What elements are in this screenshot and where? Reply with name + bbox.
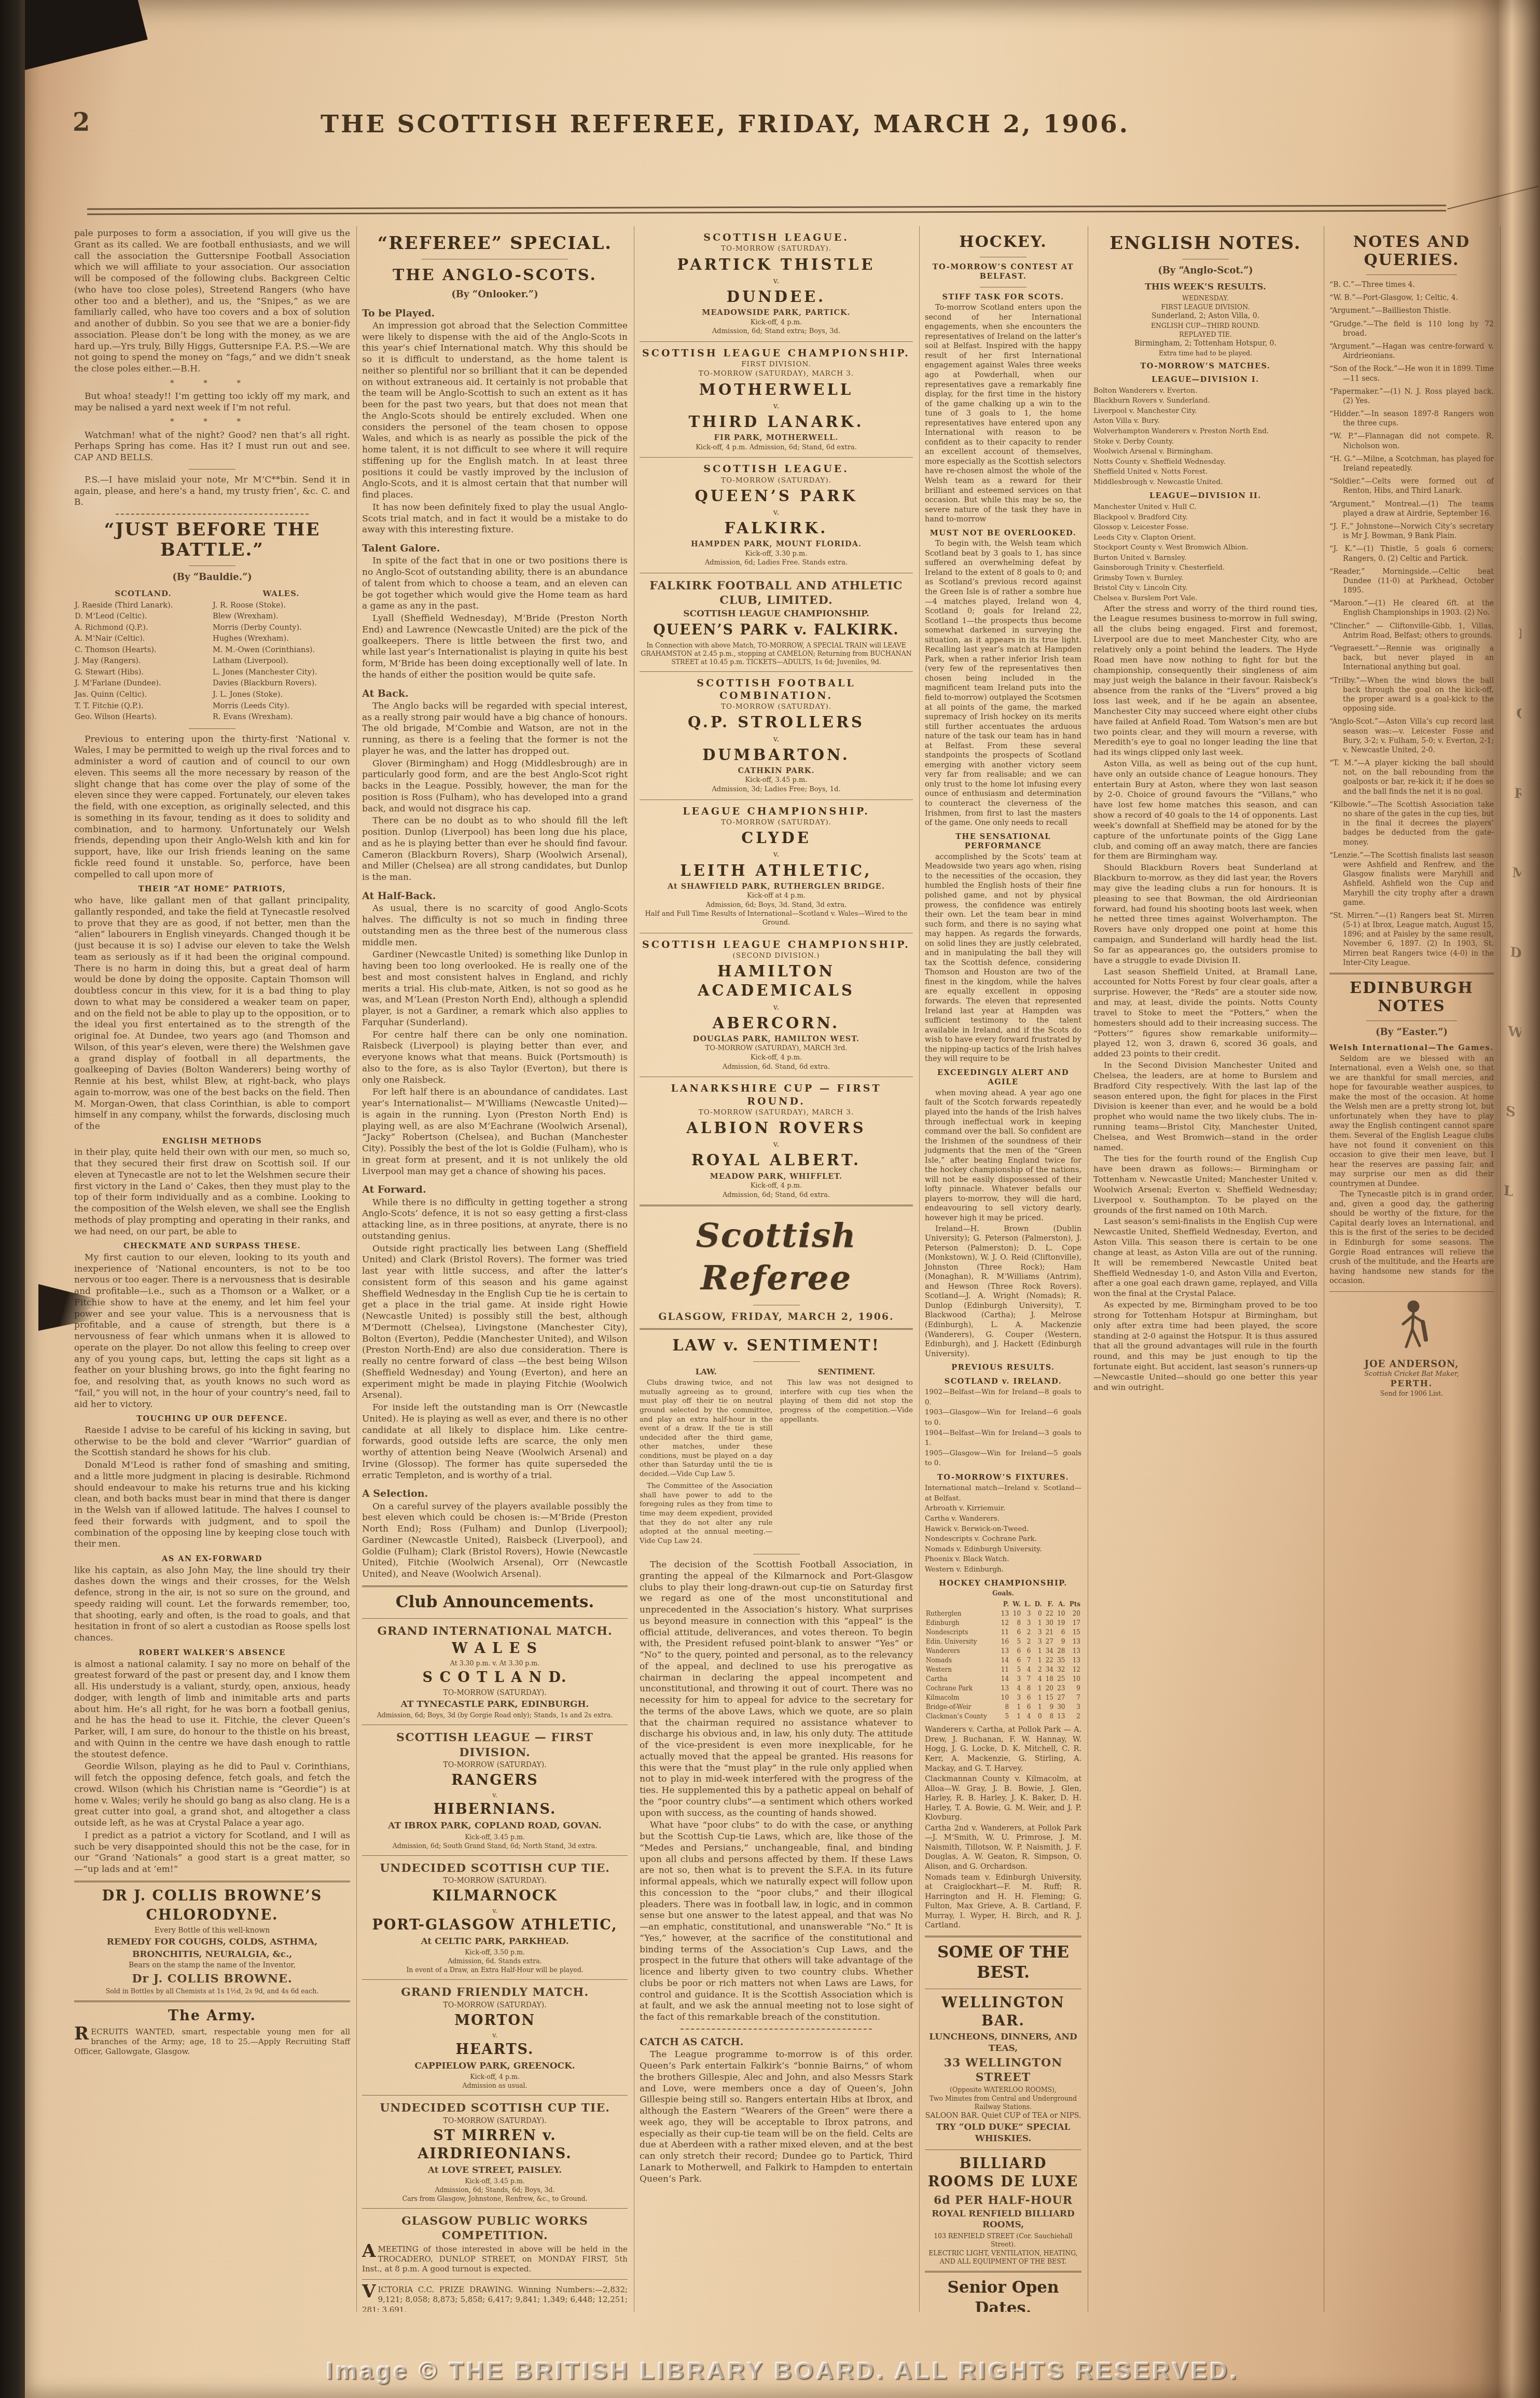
- ad-line: WELLINGTON BAR.: [925, 1994, 1081, 2030]
- fx-league: LEAGUE CHAMPIONSHIP.: [640, 805, 913, 818]
- home-team: HAMILTON ACADEMICALS: [640, 962, 913, 1000]
- venue: At SHAWFIELD PARK, RUTHERGLEN BRIDGE.: [640, 882, 913, 892]
- subhead: At Forward.: [362, 1183, 628, 1196]
- query-answer-item: “Maroon.”—(1) He cleared 6ft. at the Eng…: [1329, 599, 1494, 617]
- ad-line: Every Bottle of this well-known: [74, 1926, 350, 1936]
- list-item: Woolwich Arsenal v. Birmingham.: [1093, 447, 1317, 457]
- ad-line: Cars from Glasgow, Johnstone, Renfrew, &…: [362, 2195, 628, 2203]
- secthead: Senior Open Dates.: [925, 2278, 1081, 2312]
- ad-line: Admission, 6d; Stands, 6d; Boys, 3d.: [362, 2186, 628, 2194]
- h1: “REFEREE” SPECIAL.: [362, 233, 628, 254]
- fx-sub: TO-MORROW (SATURDAY).: [640, 476, 913, 485]
- table-cell: 1: [1032, 1684, 1043, 1693]
- player-name: Morris (Leeds City).: [212, 701, 350, 712]
- text-fragment: E: [1518, 626, 1521, 646]
- table-cell: 15: [1066, 1628, 1081, 1637]
- column-notes-and-queries: NOTES AND QUERIES.“B. C.”—Three times 4.…: [1324, 226, 1501, 2312]
- table-row: Western11542343212: [925, 1665, 1081, 1674]
- rule: [116, 514, 309, 515]
- rule: [640, 341, 913, 342]
- table-cell: 18: [1043, 1674, 1055, 1684]
- table-cell: 3: [1032, 1637, 1043, 1646]
- ad-line: DR J. COLLIS BROWNE’S: [74, 1887, 350, 1906]
- rule: [640, 573, 913, 573]
- ad-line: 33 WELLINGTON STREET: [925, 2056, 1081, 2085]
- rule: [362, 1586, 628, 1587]
- ad-line: ENGLISH CUP—THIRD ROUND.: [1093, 322, 1317, 330]
- table-cell: 4: [1010, 1684, 1022, 1693]
- masthead-rule: [87, 210, 1446, 215]
- ad-line: JOE ANDERSON,: [1329, 1358, 1494, 1370]
- list-item: Grimsby Town v. Burnley.: [1093, 573, 1317, 584]
- byline: (By “Onlooker.”): [362, 288, 628, 300]
- list-item: Chelsea v. Burslem Port Vale.: [1093, 594, 1317, 604]
- list-item: Western v. Edinburgh.: [925, 1565, 1081, 1575]
- dateline: GLASGOW, FRIDAY, MARCH 2, 1906.: [640, 1311, 913, 1323]
- query-answer-item: “Argument,” Montreal.—(1) The teams play…: [1329, 500, 1494, 518]
- text-fragment: M: [1512, 864, 1521, 885]
- ad-line: In Connection with above Match, TO-MORRO…: [640, 641, 913, 666]
- para2: is almost a national calamity. I say no …: [74, 1659, 350, 1761]
- home-team: MOTHERWELL: [640, 380, 913, 399]
- table-cell: 10: [998, 1693, 1010, 1702]
- curl-text-fragments: ATO.SPECRMDWSL: [1501, 226, 1521, 2312]
- crosshead: EXCEEDINGLY ALERT AND AGILE: [925, 1068, 1081, 1087]
- table-cell: 8: [998, 1702, 1010, 1712]
- table-cell: 10: [1055, 1609, 1066, 1618]
- table-cell: 13: [998, 1684, 1010, 1693]
- list-item: 1905—Glasgow—Win for Ireland—5 goals to …: [925, 1449, 1081, 1469]
- ad-line: KILMARNOCK: [362, 1887, 628, 1906]
- list-item: Aston Villa v. Bury.: [1093, 416, 1317, 426]
- ad-line: TO-MORROW (SATURDAY).: [362, 2001, 628, 2010]
- law-v-sentiment: LAW.Clubs drawing twice, and not mutuall…: [640, 1367, 913, 1549]
- rule: [422, 259, 568, 259]
- rule: [362, 2208, 628, 2209]
- para: Previous to entering upon the thirty-fir…: [74, 734, 350, 881]
- rule: [681, 2029, 872, 2030]
- player-name: L. Jones (Manchester City).: [212, 667, 350, 679]
- table-cell: 0: [1032, 1609, 1043, 1618]
- ad-line: TO-MORROW (SATURDAY).: [362, 1761, 628, 1770]
- fx-info: Admission, 6d; Stand extra; Boys, 3d.: [640, 327, 913, 336]
- table-cell: 5: [1010, 1665, 1022, 1674]
- away-team: THIRD LANARK.: [640, 412, 913, 432]
- table-row: Cartha14374182510: [925, 1674, 1081, 1684]
- goalshead: Goals.: [925, 1590, 1081, 1597]
- table-header: A.: [1055, 1600, 1066, 1609]
- table-cell: 7: [1022, 1656, 1032, 1665]
- ad-line: BILLIARD ROOMS DE LUXE: [925, 2155, 1081, 2191]
- ad-line: REPLAYED TIE.: [1093, 330, 1317, 339]
- table-cell: 1: [1032, 1618, 1043, 1628]
- ad-line: PERTH.: [1329, 1379, 1494, 1389]
- table-cell: 13: [1055, 1712, 1066, 1721]
- crosshead: STIFF TASK FOR SCOTS.: [925, 293, 1081, 302]
- para: For inside left the outstanding man is O…: [362, 1402, 628, 1481]
- table-cell: 8: [1010, 1618, 1022, 1628]
- text-fragment: C: [1516, 705, 1521, 726]
- column-referee-special: “REFEREE” SPECIAL.THE ANGLO-SCOTS.(By “O…: [357, 226, 634, 2312]
- table-cell: 27: [1043, 1637, 1055, 1646]
- crosshead: MUST NOT BE OVERLOOKED.: [925, 529, 1081, 539]
- para: On a careful survey of the players avail…: [362, 1501, 628, 1580]
- fx-league: SCOTTISH LEAGUE.: [640, 463, 913, 475]
- list-item: Bolton Wanderers v. Everton.: [1093, 386, 1317, 396]
- table-cell: 2: [1022, 1637, 1032, 1646]
- table-cell: 6: [1010, 1656, 1022, 1665]
- ad-line: At LOVE STREET, PAISLEY.: [362, 2165, 628, 2176]
- league-table: Goals.P.W.L.D.F.A.PtsRutherglen131030221…: [925, 1590, 1081, 1721]
- ad-line: GLASGOW PUBLIC WORKS COMPETITION.: [362, 2214, 628, 2243]
- fx-v: v.: [640, 276, 913, 286]
- fixture-list: 1902—Belfast—Win for Ireland—8 goals to …: [925, 1387, 1081, 1469]
- para: Geordie Wilson, playing as he did to Pau…: [74, 1761, 350, 1829]
- ad-line: SCOTTISH LEAGUE CHAMPIONSHIP.: [640, 609, 913, 620]
- home-team: PARTICK THISTLE: [640, 255, 913, 274]
- table-cell: 6: [1022, 1693, 1032, 1702]
- query-answer-item: “Kilbowie.”—The Scottish Association tak…: [1329, 800, 1494, 847]
- query-answer-item: “Argument.”—Hagan was centre-forward v. …: [1329, 342, 1494, 361]
- query-answers: “B. C.”—Three times 4.“W. B.”—Port-Glasg…: [1329, 280, 1494, 968]
- ad-line: At CELTIC PARK, PARKHEAD.: [362, 1936, 628, 1948]
- table-row: Nondescripts1162321615: [925, 1628, 1081, 1637]
- para: As expected by me, Birmingham proved to …: [1093, 1300, 1317, 1393]
- table-cell: 16: [998, 1637, 1010, 1646]
- script: Scottish Referee: [640, 1215, 913, 1300]
- player-name: J. L. Jones (Stoke).: [212, 690, 350, 701]
- team-list-header: WALES.: [212, 588, 350, 600]
- para: Aston Villa, as well as being out of the…: [1093, 759, 1317, 862]
- table-cell: 35: [1055, 1656, 1066, 1665]
- crosshead: HOCKEY CHAMPIONSHIP.: [925, 1579, 1081, 1589]
- h2: LAW v. SENTIMENT!: [640, 1336, 913, 1356]
- player-name: Geo. Wilson (Hearts).: [74, 712, 212, 723]
- fx-info: Admission, 6d; Stand, 6d extra.: [640, 1191, 913, 1200]
- table-cell: Cochrane Park: [925, 1684, 998, 1693]
- list-item: Nomads v. Edinburgh University.: [925, 1545, 1081, 1555]
- table-cell: 1: [1010, 1712, 1022, 1721]
- table-cell: 13: [1066, 1637, 1081, 1646]
- query-answer-item: “Reader,” Morningside.—Celtic beat Dunde…: [1329, 567, 1494, 596]
- crosshead: SCOTLAND v. IRELAND.: [925, 1377, 1081, 1387]
- ad-line: In event of a Draw, an Extra Half-Hour w…: [362, 1966, 628, 1974]
- table-cell: 1: [1032, 1702, 1043, 1712]
- wellington-bar-ad: WELLINGTON BAR.LUNCHEONS, DINNERS, AND T…: [925, 1994, 1081, 2144]
- query-answer-item: “Clincher.” — Cliftonville-Gibb, 1, Vill…: [1329, 622, 1494, 640]
- table-cell: Nondescripts: [925, 1628, 998, 1637]
- table-cell: 2: [1032, 1665, 1043, 1674]
- ad-line: UNDECIDED SCOTTISH CUP TIE.: [362, 2101, 628, 2115]
- player-name: Davies (Blackburn Rovers).: [212, 678, 350, 690]
- fx-info: Kick-off, 4 p.m. Admission, 6d; Stand, 6…: [640, 444, 913, 452]
- ad-line: Kick-off, 3.45 p.m.: [362, 2177, 628, 2185]
- crosshead: CHECKMATE AND SURPASS THESE.: [74, 1242, 350, 1251]
- crosshead: ROBERT WALKER’S ABSENCE: [74, 1648, 350, 1658]
- list-item: Cartha v. Wanderers.: [925, 1514, 1081, 1524]
- fx-info: TO-MORROW (SATURDAY), MARCH 3rd.: [640, 1044, 913, 1053]
- masthead-rule: [87, 205, 1446, 210]
- starsep: * * *: [74, 417, 350, 426]
- library-watermark: Image © THE BRITISH LIBRARY BOARD. ALL R…: [25, 2356, 1540, 2385]
- team-list-header: SCOTLAND.: [74, 588, 212, 600]
- table-cell: 11: [998, 1665, 1010, 1674]
- list-item: Burton United v. Barnsley.: [1093, 553, 1317, 563]
- h1: “JUST BEFORE THE BATTLE.”: [74, 520, 350, 560]
- ad-line: TO-MORROW (SATURDAY).: [362, 1689, 628, 1698]
- results-block: THIS WEEK’S RESULTS.WEDNESDAY.FIRST LEAG…: [1093, 282, 1317, 357]
- fx-info: Kick-off, 4 p.m.: [640, 1182, 913, 1191]
- ad-line: SALOON BAR. Quiet CUP of TEA or NIPS.: [925, 2112, 1081, 2121]
- crosshead: ENGLISH METHODS: [74, 1137, 350, 1147]
- ad-line: CAPPIELOW PARK, GREENOCK.: [362, 2061, 628, 2072]
- rule: [980, 287, 1026, 287]
- ad-line: AT IBROX PARK, COPLAND ROAD, GOVAN.: [362, 1821, 628, 1832]
- venue: FIR PARK, MOTHERWELL.: [640, 433, 913, 443]
- rule: [753, 1554, 800, 1554]
- table-cell: 12: [1066, 1665, 1081, 1674]
- masthead-rule-curl: [1447, 186, 1538, 209]
- table-cell: 7: [1022, 1674, 1032, 1684]
- fx-sub: (SECOND DIVISION.): [640, 952, 913, 960]
- ls-p: This law was not designed to interfere w…: [780, 1379, 913, 1424]
- list-item: Leeds City v. Clapton Orient.: [1093, 533, 1317, 543]
- rule: [189, 469, 235, 470]
- para: when moving ahead. A year ago one fault …: [925, 1088, 1081, 1223]
- query-answer-item: “Soldier.”—Celts were formed out of Rent…: [1329, 477, 1494, 495]
- cricketer-icon: [1394, 1299, 1430, 1356]
- table-cell: 10: [1010, 1609, 1022, 1618]
- list-item: Middlesbrough v. Newcastle United.: [1093, 477, 1317, 488]
- secthead: Club Announcements.: [362, 1592, 628, 1613]
- ad-line: A MEETING of those interested in above w…: [362, 2244, 628, 2275]
- player-name: D. M‘Leod (Celtic).: [74, 611, 212, 623]
- player-name: R. Evans (Wrexham).: [212, 712, 350, 723]
- victoria-prize-ad: VICTORIA C.C. PRIZE DRAWING. Winning Num…: [362, 2285, 628, 2312]
- crosshead: PREVIOUS RESULTS.: [925, 1363, 1081, 1373]
- ad-line: RECRUITS WANTED, smart, respectable youn…: [74, 2027, 350, 2057]
- subhead: At Back.: [362, 687, 628, 700]
- fx-league: SCOTTISH FOOTBALL COMBINATION.: [640, 677, 913, 702]
- list-item: International match—Ireland v. Scotland—…: [925, 1483, 1081, 1504]
- list-item: Stoke v. Derby County.: [1093, 437, 1317, 447]
- para: The decision of the Scottish Football As…: [640, 1560, 913, 1819]
- table-cell: 21: [1043, 1628, 1055, 1637]
- ad-line: At 3.30 p.m. v. At 3.30 p.m.: [362, 1659, 628, 1667]
- ls-head: SENTIMENT.: [780, 1367, 913, 1377]
- away-team: FALKIRK.: [640, 519, 913, 538]
- table-cell: 6: [1010, 1628, 1022, 1637]
- lawsent-column: LAW.Clubs drawing twice, and not mutuall…: [640, 1367, 773, 1549]
- query-answer-item: “B. C.”—Three times 4.: [1329, 280, 1494, 290]
- table-cell: 30: [1055, 1702, 1066, 1712]
- query-answer-item: “T. M.”—A player kicking the ball should…: [1329, 759, 1494, 796]
- rule: [362, 1855, 628, 1856]
- query-answer-item: “W. P.”—Flannagan did not compete. R. Ni…: [1329, 432, 1494, 450]
- table-header: L.: [1022, 1600, 1032, 1609]
- table-cell: 4: [1032, 1674, 1043, 1684]
- ls-head: LAW.: [640, 1367, 773, 1377]
- para: The Tynecastle pitch is in grand order, …: [1329, 1190, 1494, 1286]
- player-name: Blew (Wrexham).: [212, 611, 350, 623]
- ad-line: RANGERS: [362, 1772, 628, 1790]
- table-cell: 9: [1043, 1702, 1055, 1712]
- table-header: P.: [998, 1600, 1010, 1609]
- away-team: ABERCORN.: [640, 1014, 913, 1033]
- public-works-ad: GLASGOW PUBLIC WORKS COMPETITION.A MEETI…: [362, 2214, 628, 2274]
- query-answer-item: “J. F.,” Johnstone—Norwich City’s secret…: [1329, 522, 1494, 541]
- rule: [925, 2149, 1081, 2150]
- home-team: CLYDE: [640, 829, 913, 848]
- query-answer-item: “Trilby.”—When the wind blows the ball b…: [1329, 676, 1494, 714]
- rule: [640, 800, 913, 800]
- ad-line: SCOTTISH LEAGUE — FIRST DIVISION.: [362, 1730, 628, 1759]
- away-team: LEITH ATHLETIC,: [640, 861, 913, 880]
- para: But whoa! steady!! I’m getting too ickly…: [74, 391, 350, 414]
- para: Donald M‘Leod is rather fond of smashing…: [74, 1460, 350, 1550]
- text-fragment: R: [1514, 785, 1521, 806]
- table-cell: 19: [1055, 1618, 1066, 1628]
- ls-p: The Committee of the Association shall h…: [640, 1482, 773, 1546]
- ad-line: The Army.: [74, 2007, 350, 2025]
- h1: HOCKEY.: [925, 233, 1081, 252]
- ad-line: W A L E S: [362, 1640, 628, 1658]
- player-name: C. Thomson (Hearts).: [74, 645, 212, 656]
- crosshead: TO-MORROW’S FIXTURES.: [925, 1473, 1081, 1483]
- table-cell: 1: [1032, 1646, 1043, 1656]
- ad-line: Send for 1906 List.: [1329, 1389, 1494, 1398]
- list-item: Manchester United v. Hull C.: [1093, 502, 1317, 513]
- subhead: A Selection.: [362, 1487, 628, 1500]
- h1: NOTES AND QUERIES.: [1329, 233, 1494, 269]
- para: For left half there is an aboundance of …: [362, 1087, 628, 1177]
- table-cell: 14: [998, 1674, 1010, 1684]
- table-cell: 22: [1043, 1609, 1055, 1618]
- para2: who have, like gallant men of that galla…: [74, 895, 350, 1133]
- h1: ENGLISH NOTES.: [1093, 233, 1317, 254]
- away-team: DUNDEE.: [640, 287, 913, 307]
- table-cell: Edin. University: [925, 1637, 998, 1646]
- table-cell: 22: [1043, 1656, 1055, 1665]
- ad-line: (Opposite WATERLOO ROOMS),: [925, 2086, 1081, 2094]
- para2: Cartha 2nd v. Wanderers, at Pollok Park—…: [925, 1824, 1081, 1872]
- table-row: Wanderers13661342813: [925, 1646, 1081, 1656]
- fx-v: v.: [640, 734, 913, 744]
- table-cell: Kilmacolm: [925, 1693, 998, 1702]
- ad-line: BRONCHITIS, NEURALGIA, &c.,: [74, 1949, 350, 1961]
- fx-info: Half and Full Time Results of Internatio…: [640, 910, 913, 927]
- table-cell: Wanderers: [925, 1646, 998, 1656]
- para: The League programme to-morrow is of thi…: [640, 2049, 913, 2185]
- fx-sub: TO-MORROW (SATURDAY).: [640, 244, 913, 253]
- fixture-list: Bolton Wanderers v. Everton.Blackburn Ro…: [1093, 386, 1317, 488]
- fixture-ad: SCOTTISH LEAGUE.TO-MORROW (SATURDAY).QUE…: [640, 463, 913, 568]
- table-cell: 13: [1066, 1646, 1081, 1656]
- h2: THE ANGLO-SCOTS.: [362, 266, 628, 285]
- para: For centre half there can be only one no…: [362, 1030, 628, 1086]
- para: I predict as a patriot a victory for Sco…: [74, 1830, 350, 1876]
- table-cell: 3: [1022, 1609, 1032, 1618]
- para: Ireland—H. Brown (Dublin University); G.…: [925, 1224, 1081, 1359]
- venue: MEADOW PARK, WHIFFLET.: [640, 1172, 913, 1182]
- table-cell: 20: [1066, 1609, 1081, 1618]
- table-cell: 25: [1055, 1674, 1066, 1684]
- table-cell: 8: [1043, 1712, 1055, 1721]
- table-row: Edinburgh12831301917: [925, 1618, 1081, 1628]
- subhead: CATCH AS CATCH.: [640, 2036, 913, 2048]
- ad-line: Kick-off, 3.50 p.m.: [362, 1948, 628, 1956]
- rule: [753, 1305, 800, 1305]
- fx-info: Kick-off, 4 p.m.: [640, 1054, 913, 1063]
- crosshead: TO-MORROW’S CONTEST AT BELFAST.: [925, 263, 1081, 282]
- para: There can be no doubt as to who should f…: [362, 816, 628, 884]
- secthead: SOME OF THE BEST.: [925, 1942, 1081, 1983]
- list-item: 1904—Belfast—Win for Ireland—3 goals to …: [925, 1428, 1081, 1449]
- table-cell: 9: [1055, 1637, 1066, 1646]
- column-curled-edge: ATO.SPECRMDWSL: [1501, 226, 1521, 2312]
- list-item: Stockport County v. West Bromwich Albion…: [1093, 543, 1317, 553]
- h1: EDINBURGH NOTES: [1329, 980, 1494, 1015]
- ad-line: 103 RENFIELD STREET (Cor. Sauchiehall St…: [925, 2232, 1081, 2249]
- table-cell: 28: [1055, 1646, 1066, 1656]
- fx-info: Admission, 6d; Ladies Free. Stands extra…: [640, 559, 913, 568]
- table-cell: Bridge-of-Weir: [925, 1702, 998, 1712]
- table-cell: 9: [1066, 1684, 1081, 1693]
- para: As usual, there is no scarcity of good A…: [362, 903, 628, 948]
- masthead-title: THE SCOTTISH REFEREE, FRIDAY, MARCH 2, 1…: [25, 110, 1425, 139]
- ad-line: Sunderland, 2; Aston Villa, 0.: [1093, 312, 1317, 321]
- table-cell: 6: [1022, 1646, 1032, 1656]
- text-fragment: L: [1504, 1182, 1521, 1203]
- para: In the Second Division Manchester United…: [1093, 1060, 1317, 1153]
- list-item: Phoenix v. Black Watch.: [925, 1554, 1081, 1565]
- rule: [74, 1881, 350, 1882]
- query-answer-item: “Hidder.”—In season 1897-8 Rangers won t…: [1329, 409, 1494, 428]
- cricket-bat-ad: JOE ANDERSON,Scottish Cricket Bat Maker,…: [1329, 1299, 1494, 1398]
- fx-v: v.: [640, 849, 913, 859]
- ad-line: S C O T L A N D.: [362, 1669, 628, 1687]
- list-item: Hawick v. Berwick-on-Tweed.: [925, 1524, 1081, 1535]
- list-item: Glossop v. Leicester Fosse.: [1093, 522, 1317, 533]
- table-cell: 32: [1055, 1665, 1066, 1674]
- ad-line: HIBERNIANS.: [362, 1801, 628, 1819]
- fx-sub: TO-MORROW (SATURDAY), MARCH 3.: [640, 1108, 913, 1117]
- table-row: Clackman’s County51408132: [925, 1712, 1081, 1721]
- table-cell: 3: [1010, 1693, 1022, 1702]
- table-cell: 7: [1066, 1693, 1081, 1702]
- international-match-ad: GRAND INTERNATIONAL MATCH.W A L E SAt 3.…: [362, 1624, 628, 1720]
- table-cell: 23: [1055, 1684, 1066, 1693]
- team-lists: SCOTLAND.WALES.J. Raeside (Third Lanark)…: [74, 588, 350, 723]
- table-row: Kilmacolm1036115277: [925, 1693, 1081, 1702]
- table-row: Rutherglen131030221020: [925, 1609, 1081, 1618]
- para: After the stress and worry of the third …: [1093, 604, 1317, 758]
- table-cell: 13: [998, 1609, 1010, 1618]
- query-answer-item: “Son of the Rock.”—He won it in 1899. Ti…: [1329, 364, 1494, 383]
- table-cell: 2: [1066, 1712, 1081, 1721]
- player-name: A. Richmond (Q.P.).: [74, 623, 212, 634]
- ad-line: 6d PER HALF-HOUR: [925, 2193, 1081, 2208]
- lawsent-column: SENTIMENT.This law was not designed to i…: [780, 1367, 913, 1549]
- para: accomplished by the Scots’ team at Meado…: [925, 852, 1081, 1064]
- ad-line: Extra time had to be played.: [1093, 349, 1317, 357]
- fx-sub: TO-MORROW (SATURDAY), MARCH 3.: [640, 369, 913, 378]
- para: In spite of the fact that in one or two …: [362, 556, 628, 612]
- crosshead: THEIR “AT HOME” PATRIOTS,: [74, 885, 350, 894]
- rule: [925, 1989, 1081, 1989]
- rule: [189, 728, 235, 729]
- para2: like his captain, as also John May, the …: [74, 1565, 350, 1644]
